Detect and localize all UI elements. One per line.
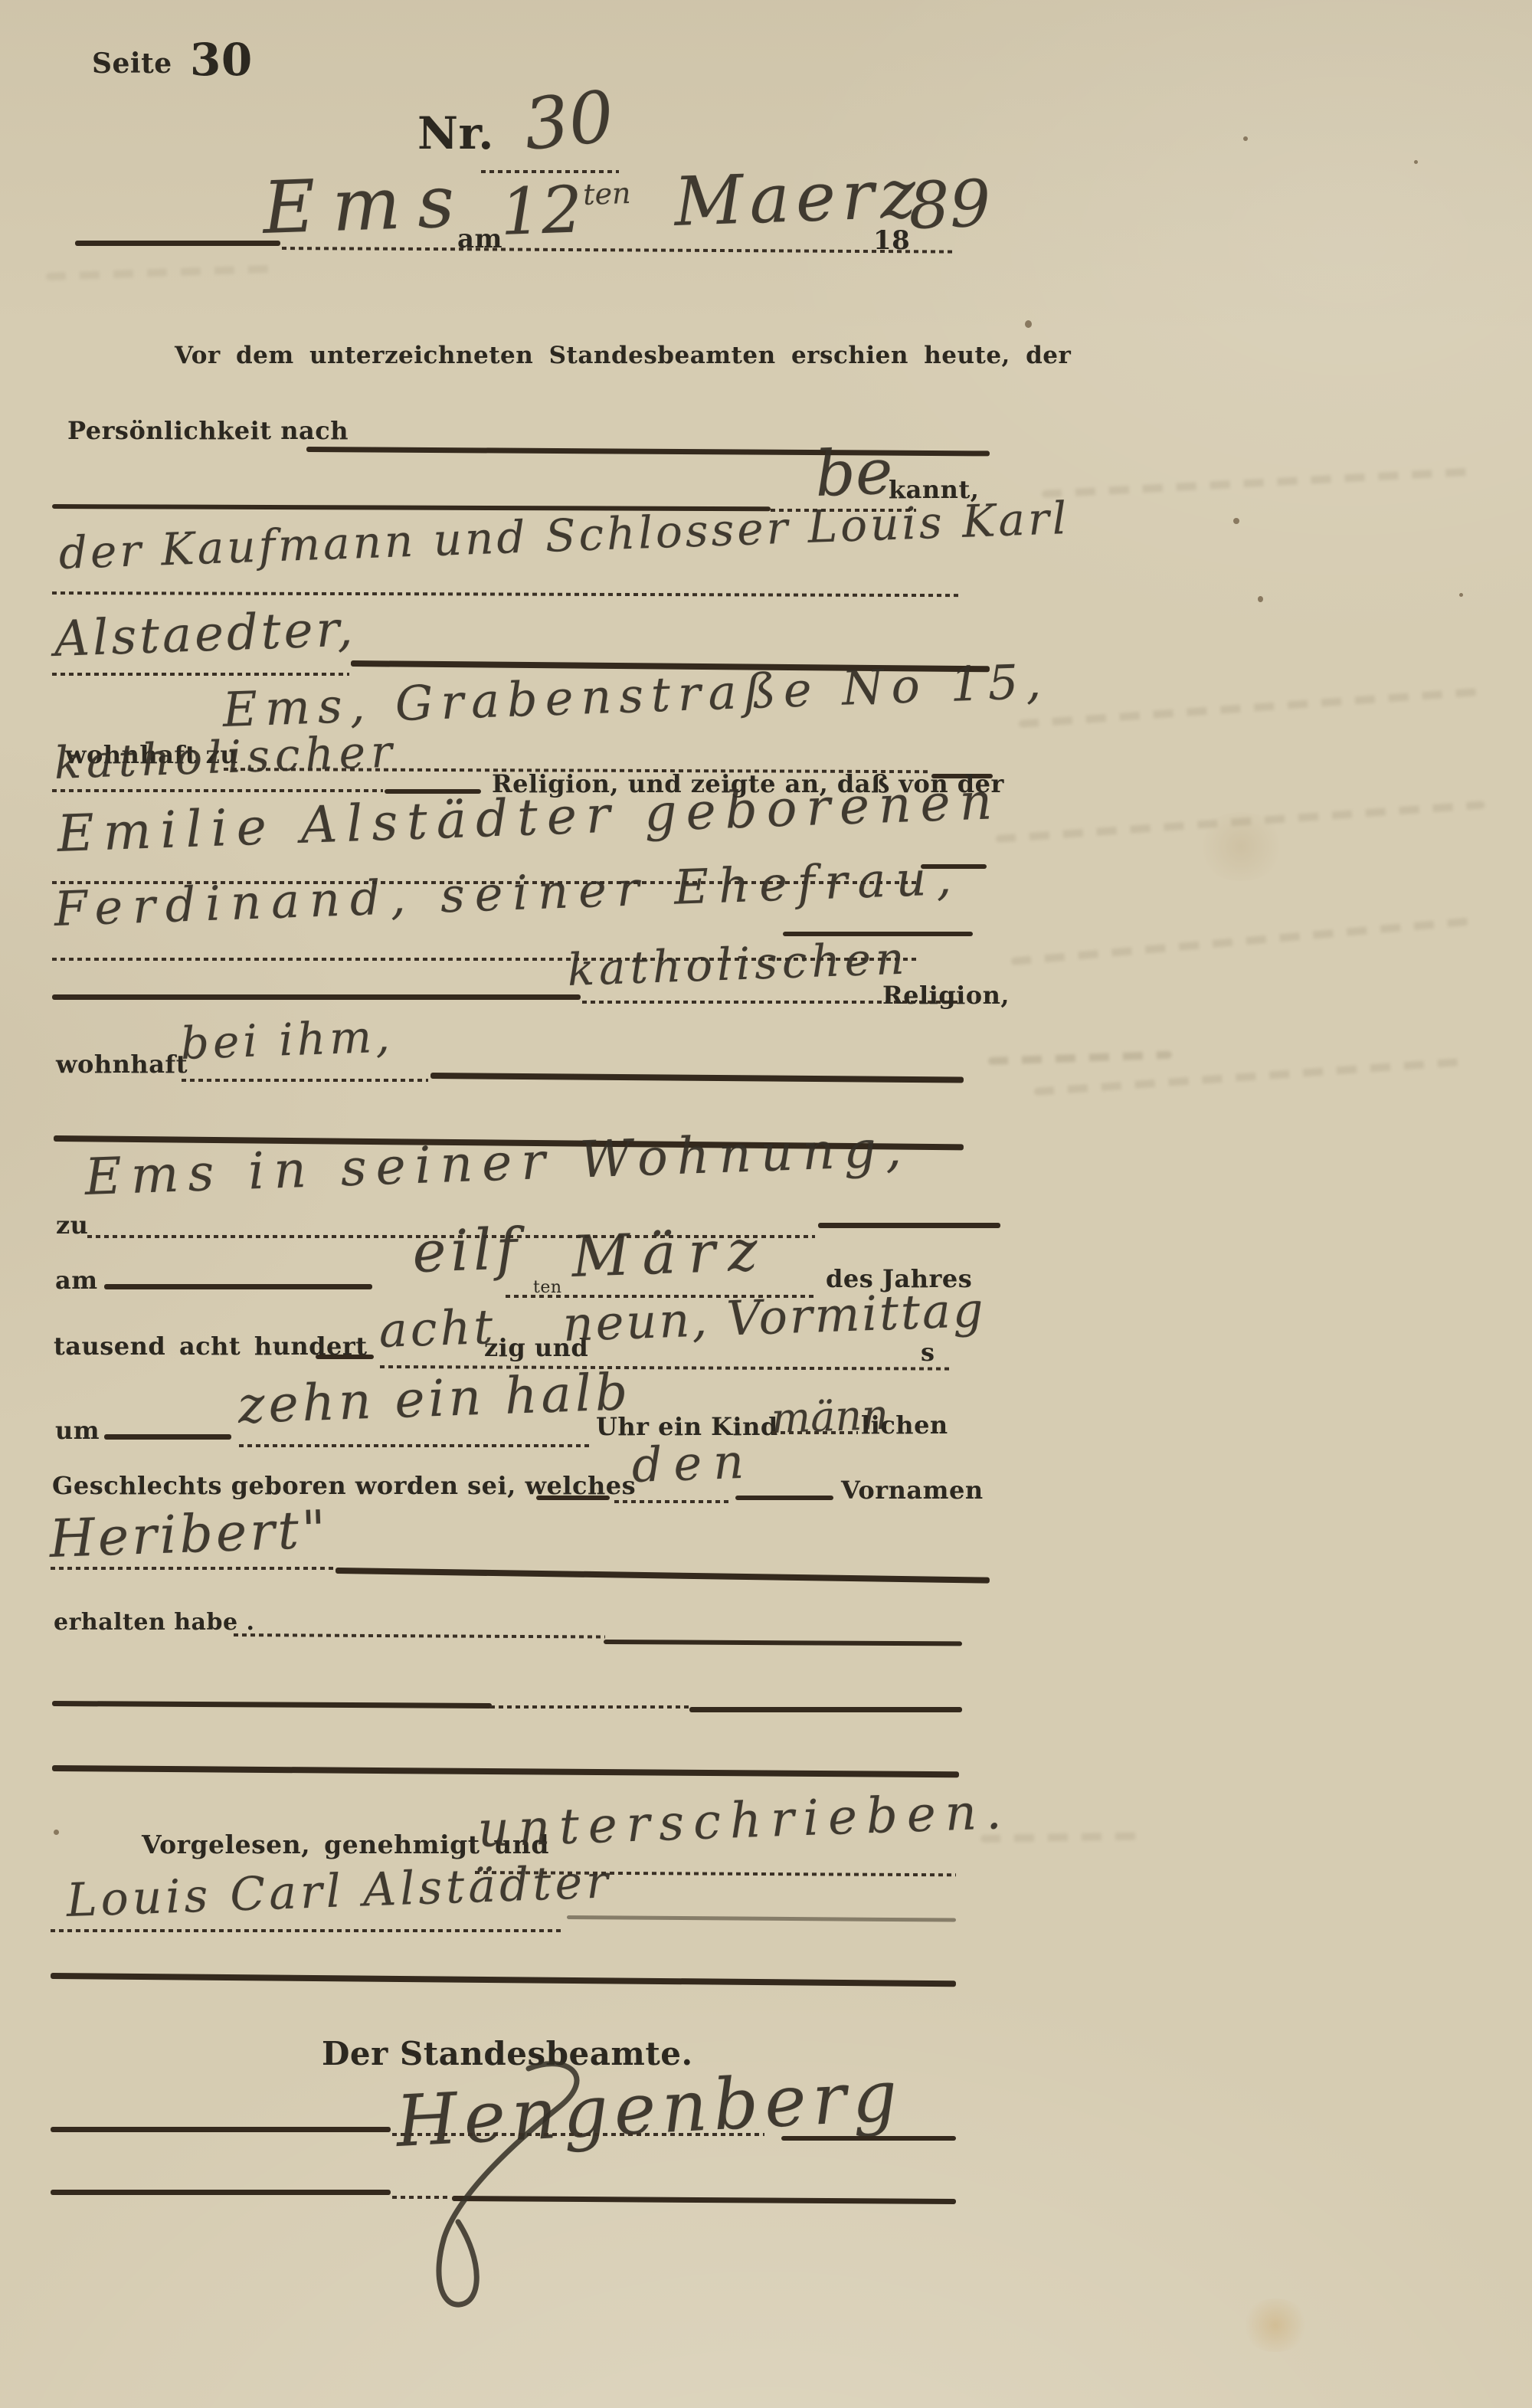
- fill-line: [282, 247, 956, 254]
- entry-number-value: 30: [520, 75, 618, 166]
- fill-line: [51, 1973, 956, 1987]
- birthplace-value: Ems in seiner Wohnung,: [83, 1119, 912, 1207]
- dateline-day: 12: [499, 172, 584, 250]
- fill-line: [52, 789, 383, 792]
- bleedthrough-ghost: [1034, 1058, 1462, 1096]
- fill-line: [689, 1707, 962, 1712]
- fill-line: [75, 241, 280, 246]
- birthyear-decade: acht: [378, 1299, 496, 1358]
- fill-line: [52, 673, 349, 676]
- paper-stain: [1241, 2298, 1310, 2352]
- mother-residence-label: wohnhaft: [56, 1050, 188, 1079]
- registrar-signature-flourish: [368, 2061, 674, 2321]
- fill-line: [51, 1929, 562, 1932]
- fill-line: [234, 1633, 605, 1639]
- mother-religion: katholischen: [567, 932, 910, 996]
- fill-line: [51, 1567, 334, 1570]
- bleedthrough-ghost: [1011, 918, 1470, 965]
- dateline-day-suffix: ten: [582, 176, 631, 211]
- fill-line: [772, 1431, 858, 1434]
- fill-line: [536, 1496, 610, 1500]
- intro-line2: Persönlichkeit nach: [67, 416, 349, 445]
- fill-line: [239, 1444, 590, 1447]
- fill-line: [614, 1500, 729, 1503]
- foxing-speck: [1414, 160, 1418, 164]
- vornamen-printed: Vornamen: [841, 1476, 984, 1505]
- bleedthrough-ghost: [1042, 468, 1471, 498]
- fill-line: [52, 1701, 492, 1709]
- fill-line: [52, 1765, 959, 1777]
- declarant-religion: katholischer: [54, 725, 398, 789]
- bleedthrough-ghost: [1019, 688, 1478, 728]
- birthday-month: März: [571, 1217, 771, 1290]
- foxing-speck: [1258, 596, 1263, 602]
- declarant-signature: Louis Carl Alstädter: [66, 1855, 613, 1928]
- bleedthrough-ghost: [46, 265, 276, 280]
- erhalten-habe: erhalten habe .: [54, 1609, 254, 1636]
- gender-lichen-printed: lichen: [861, 1410, 948, 1440]
- foxing-speck: [54, 1830, 59, 1835]
- fill-line: [490, 1705, 691, 1709]
- birthtime-value: zehn ein halb: [237, 1362, 632, 1435]
- register-page-scan: Seite 30 Nr. 30 Ems am 12 ten Maerz 18 8…: [0, 0, 1532, 2408]
- foxing-speck: [1243, 136, 1248, 141]
- entry-number-label: Nr.: [417, 107, 494, 159]
- fill-line: [818, 1223, 1000, 1228]
- birthtime-um-label: um: [55, 1416, 100, 1445]
- fill-line: [51, 2127, 391, 2132]
- intro-line1: Vor dem unterzeichneten Standesbeamten e…: [175, 342, 1071, 369]
- foxing-speck: [1025, 320, 1032, 328]
- dateline-year: 89: [908, 165, 992, 244]
- page-side-label: Seite: [92, 48, 172, 80]
- birthplace-label: zu: [56, 1211, 88, 1240]
- paper-stain: [1195, 812, 1287, 881]
- bleedthrough-ghost: [988, 1051, 1172, 1065]
- declarant-line2: Alstaedter,: [53, 601, 356, 668]
- fill-line: [316, 1355, 374, 1359]
- foxing-speck: [1459, 593, 1463, 597]
- mother-residence-value: bei ihm,: [180, 1010, 394, 1070]
- birthyear-s-suffix: s: [921, 1338, 935, 1367]
- fill-line: [430, 1073, 964, 1083]
- fill-line: [52, 994, 581, 1000]
- foxing-speck: [1233, 518, 1239, 524]
- article-handwritten: den: [630, 1433, 756, 1493]
- fill-line: [104, 1434, 231, 1440]
- fill-line: [604, 1640, 962, 1646]
- fill-line: [51, 2190, 391, 2195]
- page-number: 30: [190, 34, 253, 86]
- unterschrieben-handwritten: unterschrieben.: [476, 1784, 1011, 1859]
- birthday-day: eilf: [411, 1216, 522, 1286]
- birthday-am-label: am: [55, 1266, 98, 1295]
- fill-line: [781, 2136, 956, 2141]
- fill-line: [182, 1079, 428, 1082]
- mother-religion-printed: Religion,: [882, 981, 1010, 1010]
- fill-line: [52, 591, 962, 597]
- fill-line: [735, 1496, 833, 1500]
- fill-line: [336, 1568, 990, 1584]
- fill-line: [104, 1284, 372, 1289]
- child-name: Heribert": [48, 1499, 329, 1570]
- dateline-place: Ems: [261, 160, 473, 251]
- mother-line2: Ferdinand, seiner Ehefrau,: [53, 850, 962, 937]
- fill-line: [567, 1915, 956, 1922]
